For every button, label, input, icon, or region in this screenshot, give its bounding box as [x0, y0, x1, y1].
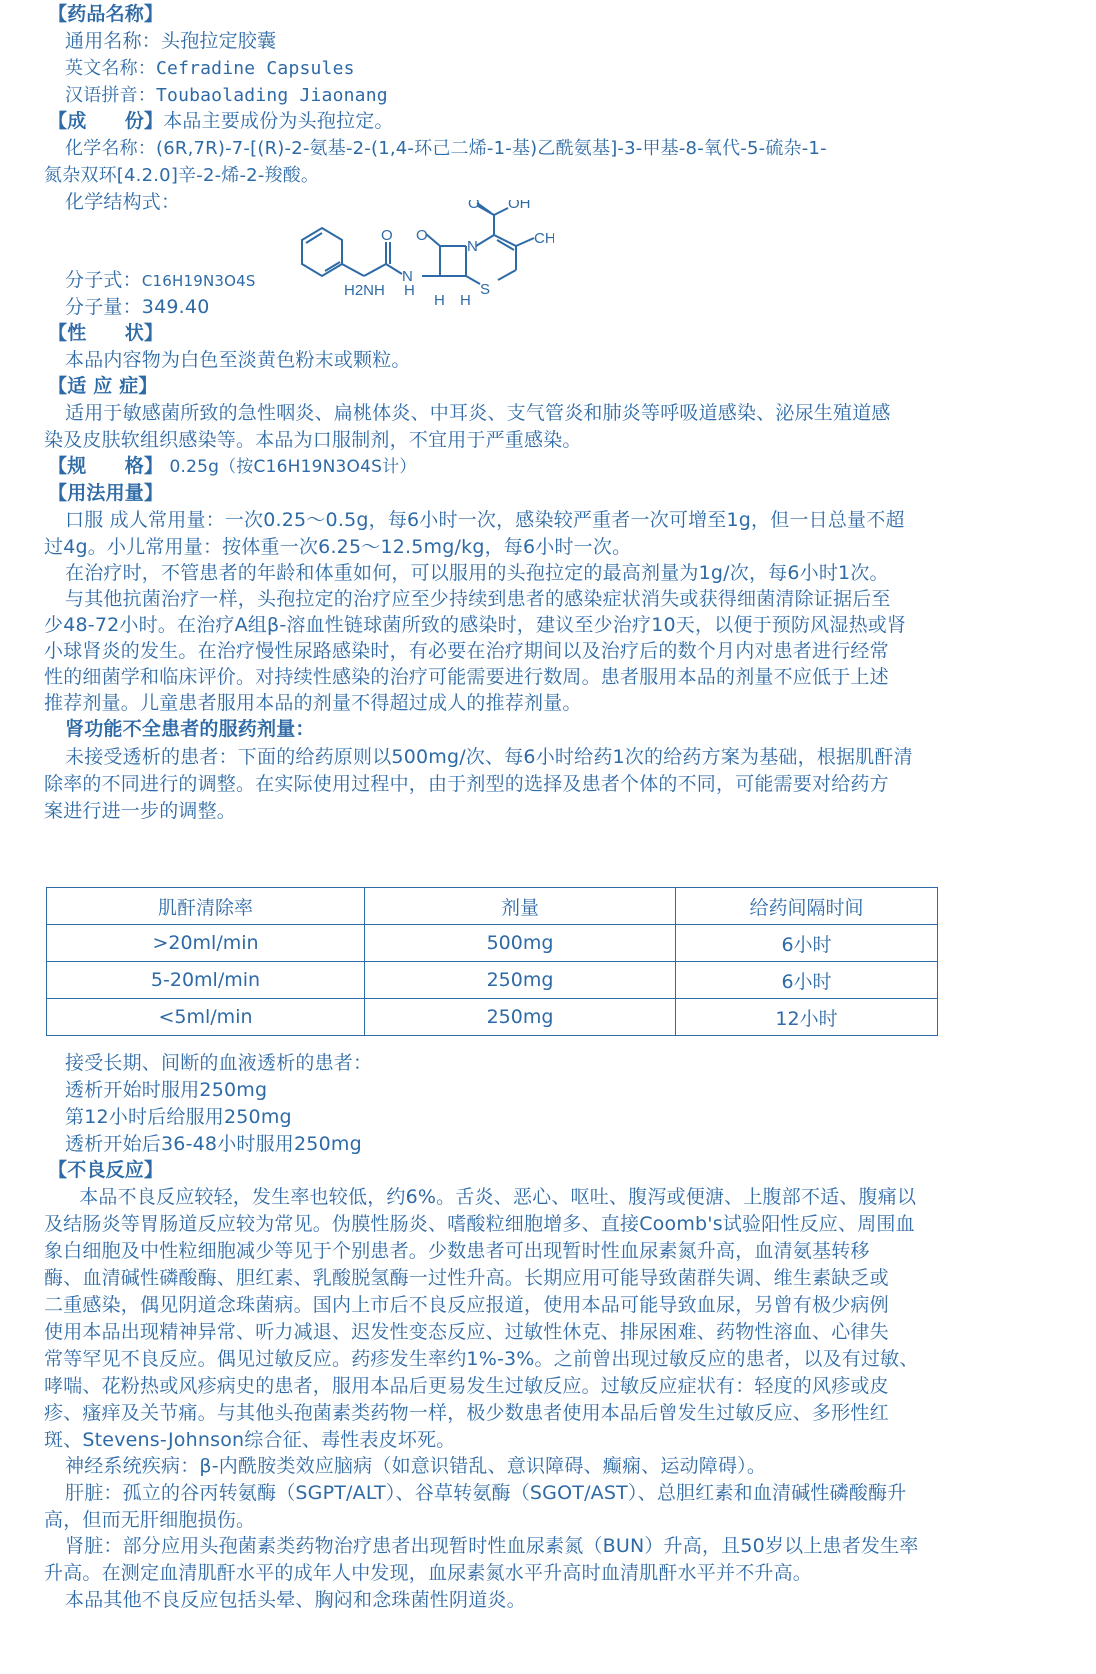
composition-line: 【成 份】本品主要成份为头孢拉定。 — [48, 108, 394, 135]
adverse-line: 神经系统疾病：β-内酰胺类效应脑病（如意识错乱、意识障碍、癫痫、运动障碍）。 — [65, 1453, 766, 1480]
composition-text: 本品主要成份为头孢拉定。 — [163, 110, 393, 132]
dosage-line: 推荐剂量。儿童患者服用本品的剂量不得超过成人的推荐剂量。 — [44, 690, 582, 717]
atom-o: O — [416, 227, 428, 244]
heading-composition: 【成 份】 — [48, 110, 163, 132]
renal-line: 除率的不同进行的调整。在实际使用过程中，由于剂型的选择及患者个体的不同，可能需要… — [44, 771, 889, 798]
adverse-line: 肝脏：孤立的谷丙转氨酶（SGPT/ALT）、谷草转氨酶（SGOT/AST）、总胆… — [65, 1480, 906, 1507]
heading-dosage: 【用法用量】 — [48, 480, 163, 507]
table-cell: 500mg — [365, 925, 676, 962]
dosage-line: 口服 成人常用量：一次0.25～0.5g，每6小时一次，感染较严重者一次可增至1… — [65, 507, 905, 534]
pinyin-name: 汉语拼音：Toubaolading Jiaonang — [65, 82, 388, 109]
table-cell: <5ml/min — [47, 999, 365, 1036]
table-cell: 12小时 — [676, 999, 938, 1036]
english-name: 英文名称：Cefradine Capsules — [65, 55, 355, 82]
table-header: 剂量 — [365, 888, 676, 925]
adverse-line: 二重感染，偶见阴道念珠菌病。国内上市后不良反应报道，使用本品可能导致血尿，另曾有… — [44, 1292, 889, 1319]
dosage-line: 在治疗时，不管患者的年龄和体重如何，可以服用的头孢拉定的最高剂量为1g/次，每6… — [65, 560, 889, 587]
dosage-line: 与其他抗菌治疗一样，头孢拉定的治疗应至少持续到患者的感染症状消失或获得细菌清除证… — [65, 586, 891, 613]
molecular-weight: 分子量：349.40 — [65, 294, 209, 321]
dosage-line: 过4g。小儿常用量：按体重一次6.25～12.5mg/kg，每6小时一次。 — [44, 534, 631, 561]
atom-n: N — [467, 238, 478, 255]
dialysis-line: 透析开始后36-48小时服用250mg — [65, 1131, 362, 1158]
atom-h: H — [434, 292, 445, 309]
table-row: >20ml/min 500mg 6小时 — [47, 925, 938, 962]
atom-h2n: H2N — [344, 282, 374, 299]
molecular-formula-line: 分子式：C16H19N3O4S — [65, 267, 256, 295]
adverse-line: 本品其他不良反应包括头晕、胸闷和念珠菌性阴道炎。 — [65, 1587, 526, 1614]
dosage-line: 性的细菌学和临床评价。对持续性感染的治疗可能需要进行数周。患者服用本品的剂量不应… — [44, 664, 889, 691]
table-cell: 250mg — [365, 999, 676, 1036]
renal-line: 未接受透析的患者：下面的给药原则以500mg/次、每6小时给药1次的给药方案为基… — [65, 744, 913, 771]
adverse-line: 肾脏：部分应用头孢菌素类药物治疗患者出现暂时性血尿素氮（BUN）升高，且50岁以… — [65, 1533, 919, 1560]
table-cell: 6小时 — [676, 962, 938, 999]
chemical-structure-diagram: O OH O O CH3 N N S H2N H H H H — [294, 200, 554, 325]
spec-text: 0.25g（按C16H19N3O4S计） — [169, 457, 416, 477]
adverse-line: 哮喘、花粉热或风疹病史的患者，服用本品后更易发生过敏反应。过敏反应症状有：轻度的… — [44, 1373, 889, 1400]
atom-h: H — [460, 292, 471, 309]
formula-value: C16H19N3O4S — [142, 272, 256, 290]
structure-label: 化学结构式： — [65, 189, 180, 216]
spec-line: 【规 格】 0.25g（按C16H19N3O4S计） — [48, 453, 417, 481]
dialysis-line: 第12小时后给服用250mg — [65, 1104, 292, 1131]
dosage-line: 小球肾炎的发生。在治疗慢性尿路感染时，有必要在治疗期间以及治疗后的数个月内对患者… — [44, 638, 889, 665]
table-row: 5-20ml/min 250mg 6小时 — [47, 962, 938, 999]
heading-drug-name: 【药品名称】 — [48, 1, 163, 28]
renal-line: 案进行进一步的调整。 — [44, 798, 236, 825]
adverse-line: 象白细胞及中性粒细胞减少等见于个别患者。少数患者可出现暂时性血尿素氮升高，血清氨… — [44, 1238, 870, 1265]
atom-o: O — [381, 227, 393, 244]
table-cell: >20ml/min — [47, 925, 365, 962]
generic-name: 通用名称：头孢拉定胶囊 — [65, 28, 276, 55]
atom-h: H — [374, 282, 385, 299]
table-header-row: 肌酐清除率 剂量 给药间隔时间 — [47, 888, 938, 925]
adverse-line: 斑、Stevens-Johnson综合征、毒性表皮坏死。 — [44, 1427, 455, 1454]
atom-o: O — [468, 200, 480, 212]
atom-oh: OH — [508, 200, 531, 212]
heading-adverse: 【不良反应】 — [48, 1157, 163, 1184]
indications-line-2: 染及皮肤软组织感染等。本品为口服制剂，不宜用于严重感染。 — [44, 427, 582, 454]
adverse-line: 高，但而无肝细胞损伤。 — [44, 1507, 255, 1534]
adverse-line: 常等罕见不良反应。偶见过敏反应。药疹发生率约1%-3%。之前曾出现过敏反应的患者… — [44, 1346, 919, 1373]
heading-spec: 【规 格】 — [48, 455, 163, 477]
table-cell: 250mg — [365, 962, 676, 999]
atom-s: S — [480, 281, 490, 298]
chemical-name-line-2: 氮杂双环[4.2.0]辛-2-烯-2-羧酸。 — [44, 162, 319, 189]
adverse-line: 本品不良反应较轻，发生率也较低，约6%。舌炎、恶心、呕吐、腹泻或便溏、上腹部不适… — [60, 1184, 916, 1211]
dosage-line: 少48-72小时。在治疗A组β-溶血性链球菌所致的感染时，建议至少治疗10天，以… — [44, 612, 906, 639]
adverse-line: 及结肠炎等胃肠道反应较为常见。伪膜性肠炎、嗜酸粒细胞增多、直接Coomb's试验… — [44, 1211, 915, 1238]
table-row: <5ml/min 250mg 12小时 — [47, 999, 938, 1036]
dialysis-line: 接受长期、间断的血液透析的患者： — [65, 1050, 372, 1077]
table-header: 肌酐清除率 — [47, 888, 365, 925]
indications-line-1: 适用于敏感菌所致的急性咽炎、扁桃体炎、中耳炎、支气管炎和肺炎等呼吸道感染、泌尿生… — [65, 400, 891, 427]
adverse-line: 使用本品出现精神异常、听力减退、迟发性变态反应、过敏性休克、排尿困难、药物性溶血… — [44, 1319, 889, 1346]
dialysis-line: 透析开始时服用250mg — [65, 1077, 267, 1104]
heading-description: 【性 状】 — [48, 320, 163, 347]
heading-indications: 【适 应 症】 — [48, 373, 158, 400]
renal-dosage-table: 肌酐清除率 剂量 给药间隔时间 >20ml/min 500mg 6小时 5-20… — [46, 887, 938, 1036]
formula-label: 分子式： — [65, 269, 142, 291]
table-cell: 5-20ml/min — [47, 962, 365, 999]
adverse-line: 升高。在测定血清肌酐水平的成年人中发现，血尿素氮水平升高时血清肌酐水平并不升高。 — [44, 1560, 812, 1587]
renal-dosage-heading: 肾功能不全患者的服药剂量： — [65, 716, 315, 743]
description-text: 本品内容物为白色至淡黄色粉末或颗粒。 — [65, 347, 411, 374]
chemical-name-line-1: 化学名称：(6R,7R)-7-[(R)-2-氨基-2-(1,4-环己二烯-1-基… — [65, 135, 827, 162]
atom-h: H — [404, 282, 415, 299]
adverse-line: 疹、瘙痒及关节痛。与其他头孢菌素类药物一样，极少数患者使用本品后曾发生过敏反应、… — [44, 1400, 889, 1427]
table-header: 给药间隔时间 — [676, 888, 938, 925]
atom-ch3: CH3 — [534, 230, 554, 247]
table-cell: 6小时 — [676, 925, 938, 962]
adverse-line: 酶、血清碱性磷酸酶、胆红素、乳酸脱氢酶一过性升高。长期应用可能导致菌群失调、维生… — [44, 1265, 889, 1292]
